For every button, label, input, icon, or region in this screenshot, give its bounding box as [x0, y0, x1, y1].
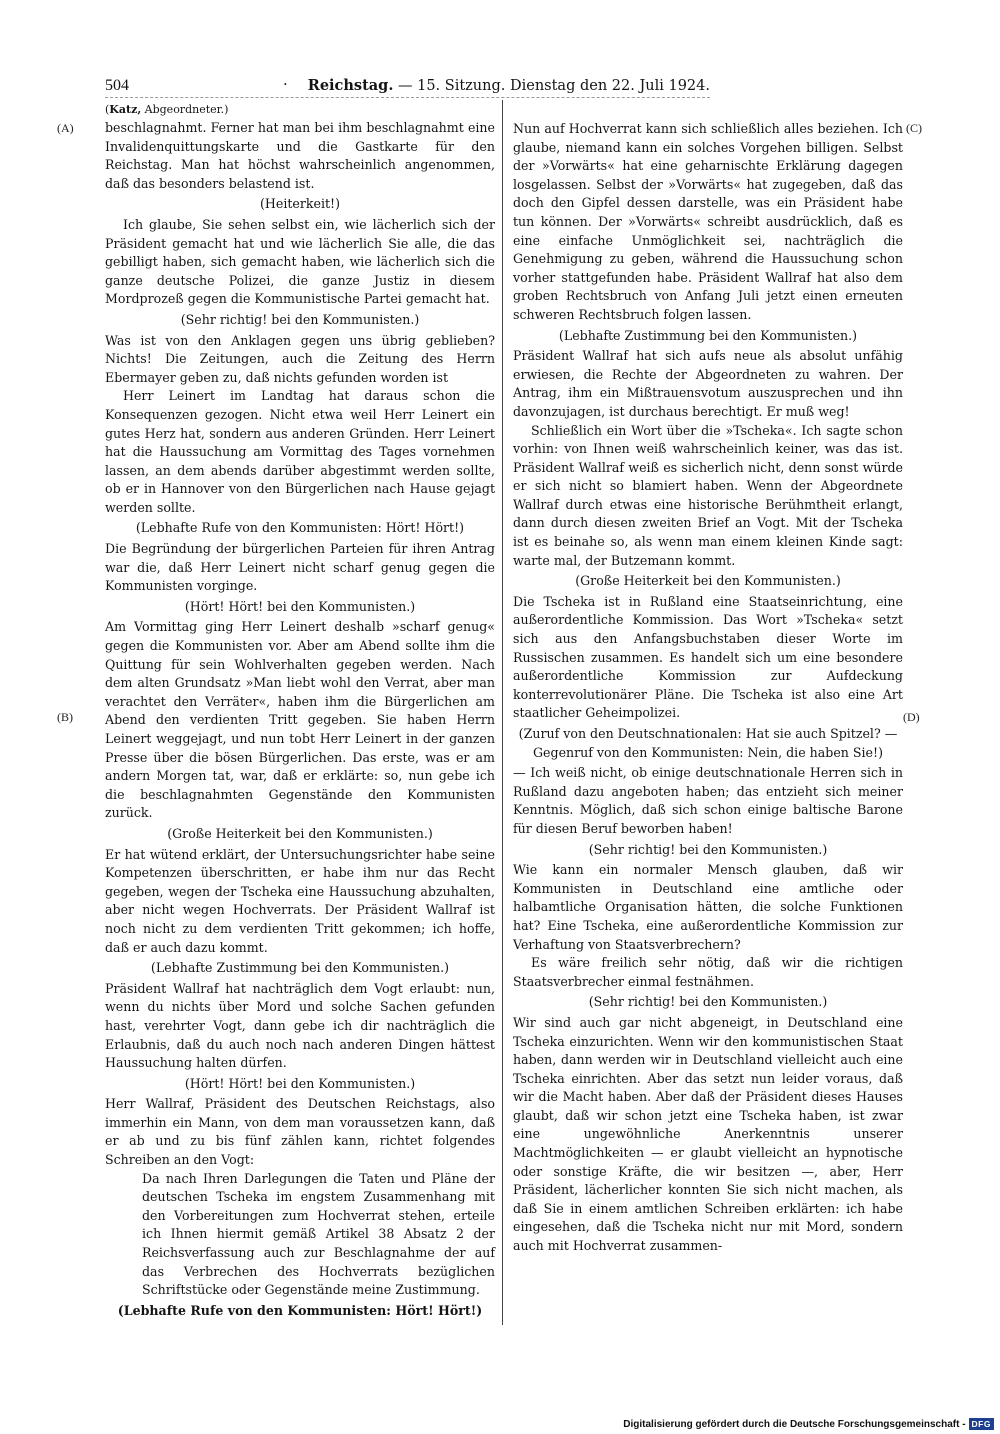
footer-credit: Digitalisierung gefördert durch die Deut… [623, 1418, 994, 1430]
interjection: (Sehr richtig! bei den Kommunisten.) [513, 993, 903, 1012]
title-reichstag: Reichstag. [308, 77, 394, 94]
document-page: 504 · Reichstag. — 15. Sitzung. Dienstag… [0, 0, 1000, 1434]
interjection: (Zuruf von den Deutschnationalen: Hat si… [513, 725, 903, 762]
paragraph: Wie kann ein normaler Mensch glauben, da… [513, 861, 903, 954]
paragraph: Er hat wütend erklärt, der Untersuchungs… [105, 846, 495, 958]
margin-marker-c: (C) [906, 121, 922, 136]
paragraph: Präsident Wallraf hat nachträglich dem V… [105, 980, 495, 1073]
right-column: Nun auf Hochverrat kann sich schließlich… [513, 120, 903, 1256]
paragraph: Was ist von den Anklagen gegen uns übrig… [105, 332, 495, 388]
paragraph: Schließlich ein Wort über die »Tscheka«.… [513, 422, 903, 571]
column-divider [502, 100, 503, 1325]
interjection: (Heiterkeit!) [105, 195, 495, 214]
interjection: (Lebhafte Rufe von den Kommunisten: Hört… [105, 519, 495, 538]
running-title: Reichstag. — 15. Sitzung. Dienstag den 2… [105, 77, 710, 94]
header-rule [105, 97, 710, 98]
interjection: (Hört! Hört! bei den Kommunisten.) [105, 598, 495, 617]
paragraph: Es wäre freilich sehr nötig, daß wir die… [513, 954, 903, 991]
paragraph: Herr Wallraf, Präsident des Deutschen Re… [105, 1095, 495, 1169]
interjection: (Lebhafte Zustimmung bei den Kommunisten… [105, 959, 495, 978]
paragraph: Wir sind auch gar nicht abgeneigt, in De… [513, 1014, 903, 1256]
paragraph: Präsident Wallraf hat sich aufs neue als… [513, 347, 903, 421]
paragraph: — Ich weiß nicht, ob einige deutschnatio… [513, 764, 903, 838]
paragraph: beschlagnahmt. Ferner hat man bei ihm be… [105, 119, 495, 193]
margin-marker-d: (D) [903, 710, 920, 725]
margin-marker-b: (B) [57, 710, 73, 725]
left-column: beschlagnahmt. Ferner hat man bei ihm be… [105, 119, 495, 1322]
speaker-role: Abgeordneter.) [141, 103, 228, 116]
interjection: (Große Heiterkeit bei den Kommunisten.) [105, 825, 495, 844]
paragraph: Herr Leinert im Landtag hat daraus schon… [105, 387, 495, 517]
footer-text: Digitalisierung gefördert durch die Deut… [623, 1419, 965, 1430]
interjection: (Lebhafte Rufe von den Kommunisten: Hört… [105, 1302, 495, 1321]
paragraph: Nun auf Hochverrat kann sich schließlich… [513, 120, 903, 325]
interjection: (Lebhafte Zustimmung bei den Kommunisten… [513, 327, 903, 346]
paragraph: Die Tscheka ist in Rußland eine Staatsei… [513, 593, 903, 723]
margin-marker-a: (A) [57, 121, 74, 136]
interjection: (Sehr richtig! bei den Kommunisten.) [105, 311, 495, 330]
paragraph: Am Vormittag ging Herr Leinert deshalb »… [105, 618, 495, 823]
quoted-letter: Da nach Ihren Darlegungen die Taten und … [142, 1170, 495, 1300]
paragraph: Die Begründung der bürgerlichen Parteien… [105, 540, 495, 596]
page-header: 504 · Reichstag. — 15. Sitzung. Dienstag… [105, 77, 710, 97]
interjection: (Sehr richtig! bei den Kommunisten.) [513, 841, 903, 860]
title-session-date: — 15. Sitzung. Dienstag den 22. Juli 192… [393, 78, 710, 94]
speaker-label: (Katz, Abgeordneter.) [105, 103, 228, 116]
interjection: (Große Heiterkeit bei den Kommunisten.) [513, 572, 903, 591]
paragraph: Ich glaube, Sie sehen selbst ein, wie lä… [105, 216, 495, 309]
interjection: (Hört! Hört! bei den Kommunisten.) [105, 1075, 495, 1094]
dfg-logo-icon: DFG [969, 1418, 994, 1430]
speaker-name: Katz, [109, 103, 141, 116]
